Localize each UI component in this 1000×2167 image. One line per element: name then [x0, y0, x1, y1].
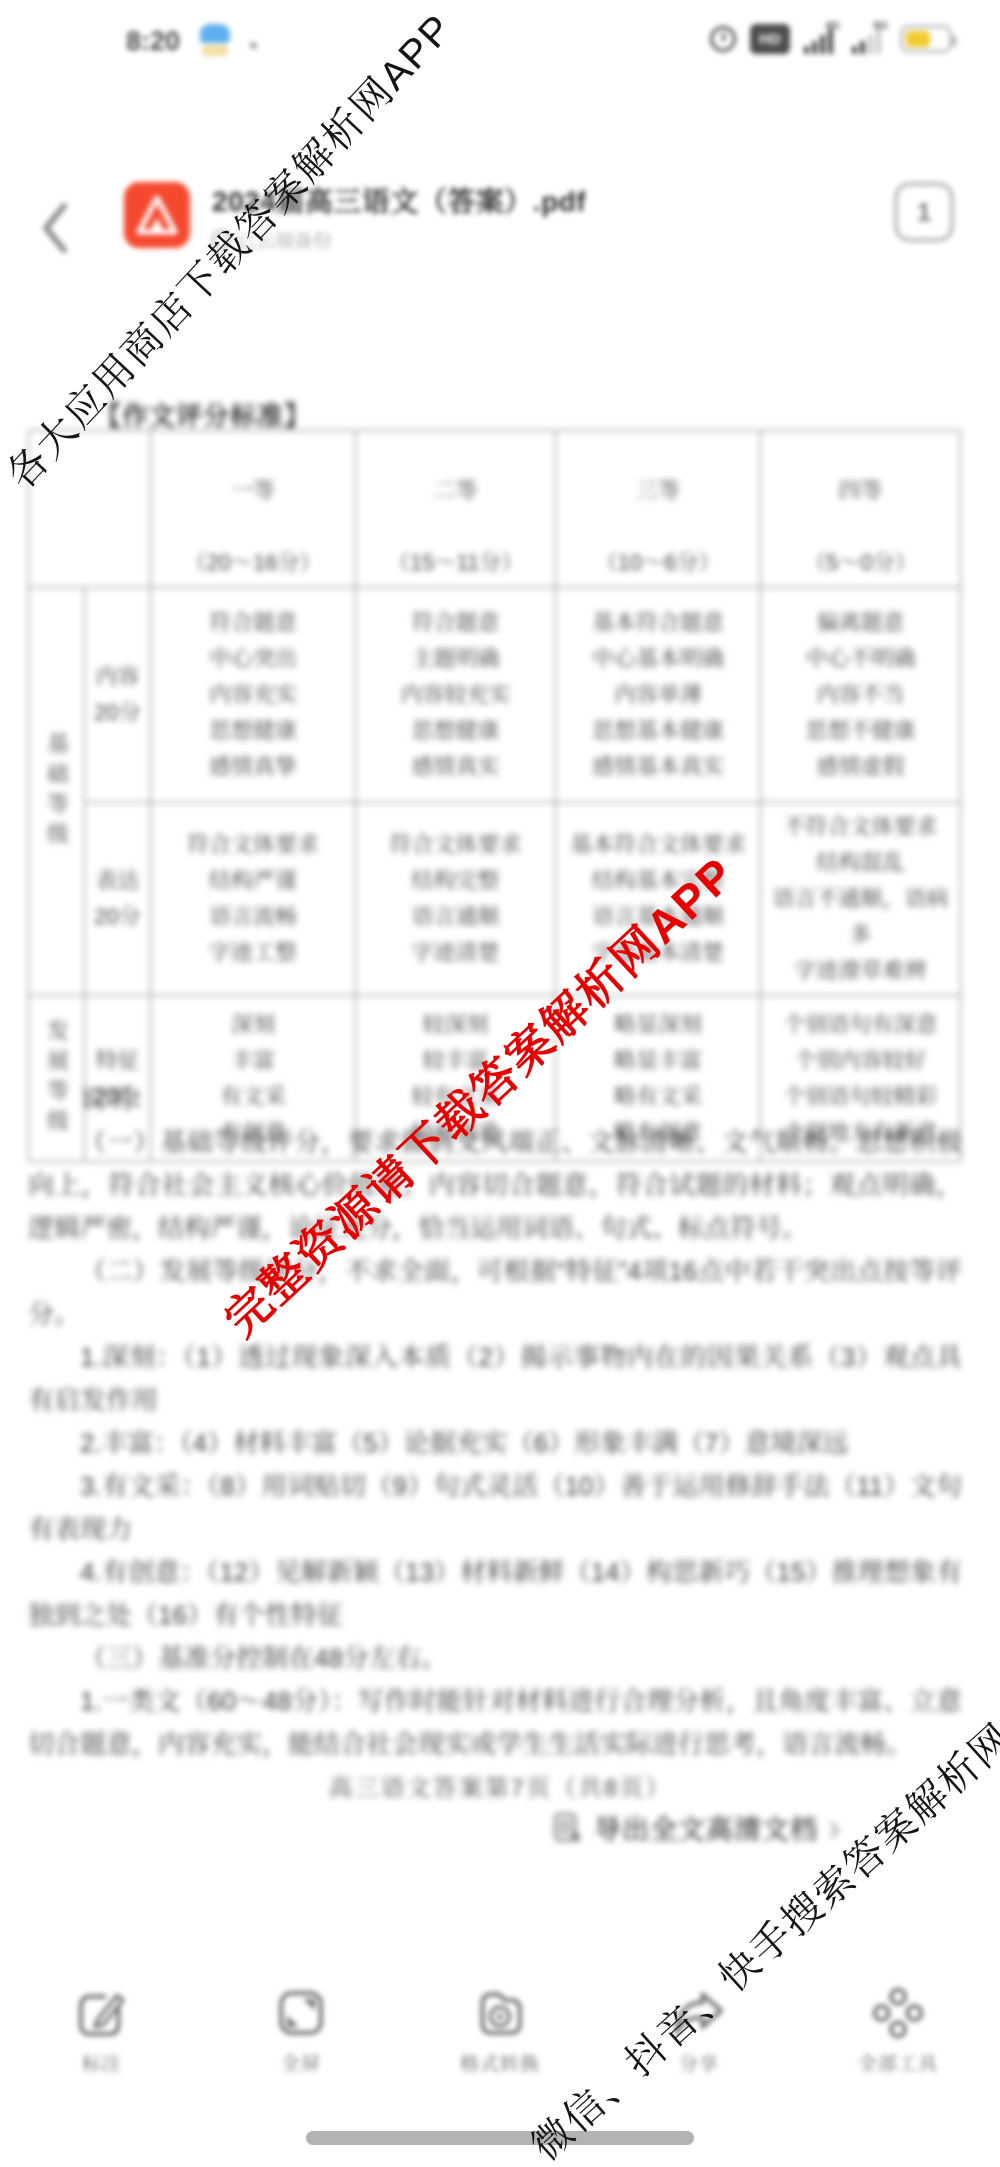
status-time: 8:20	[126, 26, 180, 57]
paragraph: 2.丰富：（4）材料丰富（5）论据充实（6）形象丰满（7）意境深远	[28, 1422, 962, 1465]
document-title: 2024届高三语文（答案）.pdf	[212, 180, 586, 220]
rubric-heading: 【作文评分标准】	[95, 396, 311, 433]
chevron-left-icon	[38, 200, 72, 256]
share-icon	[671, 1985, 727, 2041]
pdf-app-icon	[124, 182, 190, 248]
toolbar-label: 全屏	[281, 2049, 321, 2076]
alarm-icon	[710, 26, 736, 52]
all-tools-button[interactable]: 全部工具	[838, 1985, 958, 2120]
table-row: 基础等级 内容 20分 符合题意 中心突出 内容充实 思想健康 感情真挚 符合题…	[29, 588, 961, 803]
app-header: 2024届高三语文（答案）.pdf 已云端备份 1	[0, 84, 1000, 188]
signal2-icon: 5G	[852, 24, 886, 54]
format-convert-icon	[472, 1985, 528, 2041]
col-header-grade2: 二等 （15～11分）	[356, 431, 556, 588]
cell: 偏离题意 中心不明确 内容不当 思想不健康 感情虚假	[761, 588, 961, 803]
signal-icon: 4G	[804, 24, 838, 54]
chevron-right-icon: ›	[828, 1813, 841, 1843]
rubric-table: 一等 （20～16分） 二等 （15～11分） 三等 （10～6分） 四等 （5…	[28, 430, 961, 1162]
status-bar: 8:20 HD 4G 5G	[0, 16, 1000, 66]
annotate-icon	[74, 1985, 130, 2041]
row-label-content: 内容 20分	[85, 588, 151, 803]
paragraph: 3.有文采：（8）用词贴切（9）句式灵活（10）善于运用修辞手法（11）文句有表…	[28, 1465, 962, 1551]
hd-volte-icon: HD	[750, 24, 790, 54]
cell: 基本符合题意 中心基本明确 内容单薄 思想基本健康 感情基本真实	[556, 588, 761, 803]
rubric-notes: 说明： （一）基础等级评分，要求做到文风端正、文脉清晰、文气顺畅。思想积极向上，…	[28, 1078, 962, 1766]
row-group-basic: 基础等级	[29, 588, 85, 996]
paragraph: 说明：	[28, 1078, 962, 1121]
all-tools-icon	[870, 1985, 926, 2041]
cell: 不符合文体要求 结构混乱 语言不通顺，语病多 字迹潦草难辨	[761, 803, 961, 996]
notification-dot-icon	[250, 42, 257, 49]
annotate-button[interactable]: 标注	[42, 1985, 162, 2120]
export-fulltext-button[interactable]: 导出全文高清文档 ›	[548, 1808, 841, 1847]
bottom-toolbar: 标注 全屏 格式转换 分享	[0, 1985, 1000, 2120]
row-label-expression: 表达 20分	[85, 803, 151, 996]
col-header-grade4: 四等 （5～0分）	[761, 431, 961, 588]
toolbar-label: 标注	[82, 2049, 122, 2076]
toolbar-label: 全部工具	[858, 2049, 938, 2076]
weather-icon	[200, 24, 230, 58]
pdf-viewer-screen: 8:20 HD 4G 5G	[0, 0, 1000, 2167]
cell: 符合题意 主题明确 内容较充实 思想健康 感情真实	[356, 588, 556, 803]
paragraph: 4.有创意：（12）见解新颖（13）材料新鲜（14）构思新巧（15）推理想象有独…	[28, 1551, 962, 1637]
paragraph: （三）基准分控制在48分左右。	[28, 1637, 962, 1680]
col-header-grade1: 一等 （20～16分）	[151, 431, 356, 588]
page-footer: 高三语文答案第7页（共8页）	[0, 1768, 1000, 1803]
backup-icon	[212, 230, 231, 249]
cell: 符合文体要求 结构完整 语言通顺 字迹清楚	[356, 803, 556, 996]
home-indicator[interactable]	[306, 2131, 694, 2145]
table-row: 表达 20分 符合文体要求 结构严谨 语言流畅 字迹工整 符合文体要求 结构完整…	[29, 803, 961, 996]
paragraph: （一）基础等级评分，要求做到文风端正、文脉清晰、文气顺畅。思想积极向上，符合社会…	[28, 1121, 962, 1250]
toolbar-label: 格式转换	[460, 2049, 540, 2076]
battery-icon	[900, 25, 952, 53]
cell: 符合题意 中心突出 内容充实 思想健康 感情真挚	[151, 588, 356, 803]
toolbar-label: 分享	[679, 2049, 719, 2076]
fullscreen-icon	[273, 1985, 329, 2041]
paragraph: 1.深刻：（1）透过现象深入本质（2）揭示事物内在的因果关系（3）观点具有启发作…	[28, 1336, 962, 1422]
export-doc-icon	[548, 1810, 584, 1846]
cell: 基本符合文体要求 结构基本完整 语言基本通顺 字迹基本清楚	[556, 803, 761, 996]
export-label: 导出全文高清文档	[594, 1808, 818, 1847]
cell: 符合文体要求 结构严谨 语言流畅 字迹工整	[151, 803, 356, 996]
fullscreen-button[interactable]: 全屏	[241, 1985, 361, 2120]
back-button[interactable]	[38, 200, 72, 256]
pdf-page: 【作文评分标准】 一等 （20～16分） 二等 （15～11分） 三等	[0, 250, 1000, 1910]
format-convert-button[interactable]: 格式转换	[440, 1985, 560, 2120]
document-subtitle: 已云端备份	[212, 226, 332, 253]
share-button[interactable]: 分享	[639, 1985, 759, 2120]
paragraph: （二）发展等级评分，不求全面，可根据“特征”4项16点中若干突出点按等评分。	[28, 1250, 962, 1336]
table-corner-cell	[29, 431, 151, 588]
col-header-grade3: 三等 （10～6分）	[556, 431, 761, 588]
paragraph: 1.一类文（60～48分）：写作时能针对材料进行合理分析，且角度丰富、立意切合题…	[28, 1680, 962, 1766]
page-number: 1	[917, 197, 931, 228]
page-indicator-button[interactable]: 1	[894, 182, 954, 242]
